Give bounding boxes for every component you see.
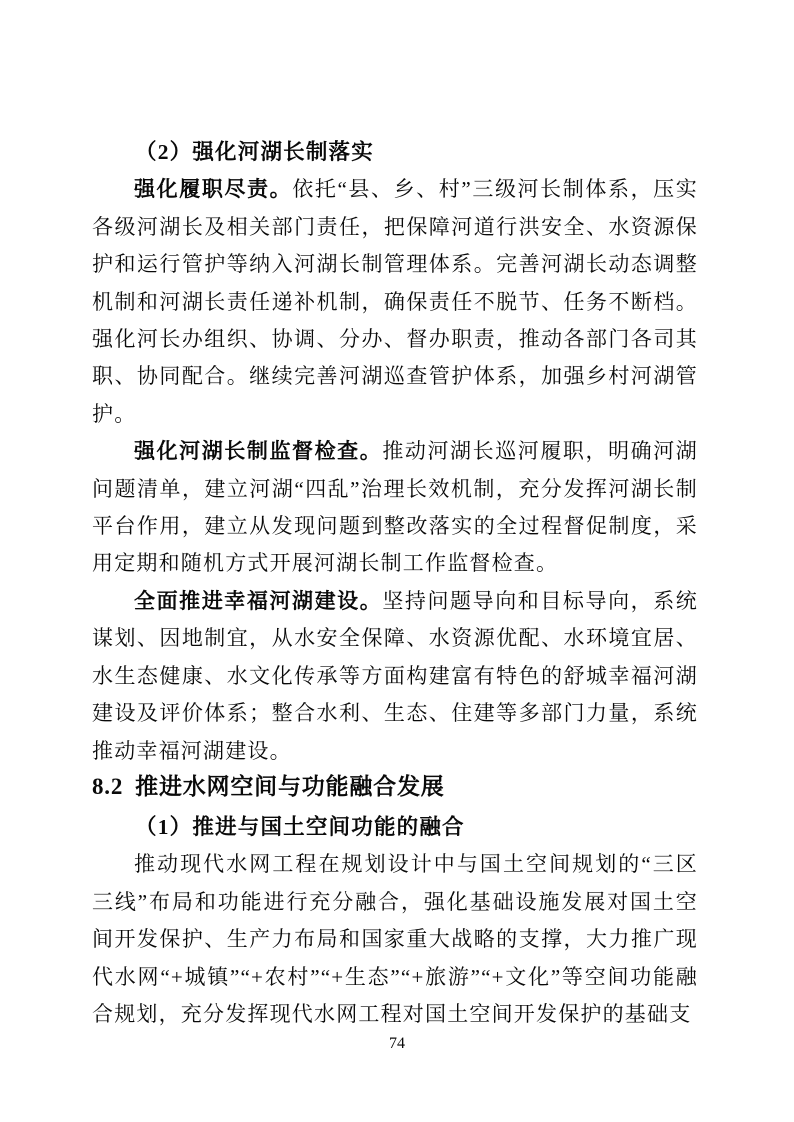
document-page: （2）强化河湖长制落实 强化履职尽责。依托“县、乡、村”三级河长制体系，压实各级… [0,0,794,1122]
paragraph-happy-rivers-lead: 全面推进幸福河湖建设。 [134,589,382,613]
section-heading-water-network-integration: 8.2推进水网空间与功能融合发展 [92,764,698,809]
paragraph-supervision-lead: 强化河湖长制监督检查。 [134,439,382,463]
section-title: 推进水网空间与功能融合发展 [135,773,444,799]
paragraph-supervision-inspection: 强化河湖长制监督检查。推动河湖长巡河履职，明确河湖问题清单，建立河湖“四乱”治理… [92,433,698,583]
page-footer: 74 [0,1034,794,1054]
heading-territorial-space-integration: （1）推进与国土空间功能的融合 [92,809,698,846]
paragraph-duty-lead: 强化履职尽责。 [134,177,292,201]
paragraph-duty-text: 依托“县、乡、村”三级河长制体系，压实各级河湖长及相关部门责任，把保障河道行洪安… [92,177,698,425]
heading-river-lake-chief-implementation: （2）强化河湖长制落实 [92,134,698,171]
page-number: 74 [389,1035,405,1052]
paragraph-territorial-integration: 推动现代水网工程在规划设计中与国土空间规划的“三区三线”布局和功能进行充分融合，… [92,846,698,1033]
section-number: 8.2 [92,774,123,799]
paragraph-happy-rivers: 全面推进幸福河湖建设。坚持问题导向和目标导向，系统谋划、因地制宜，从水安全保障、… [92,583,698,770]
paragraph-happy-rivers-text: 坚持问题导向和目标导向，系统谋划、因地制宜，从水安全保障、水资源优配、水环境宜居… [92,589,698,763]
paragraph-duty-fulfillment: 强化履职尽责。依托“县、乡、村”三级河长制体系，压实各级河湖长及相关部门责任，把… [92,171,698,433]
paragraph-territorial-text: 推动现代水网工程在规划设计中与国土空间规划的“三区三线”布局和功能进行充分融合，… [92,852,698,1026]
